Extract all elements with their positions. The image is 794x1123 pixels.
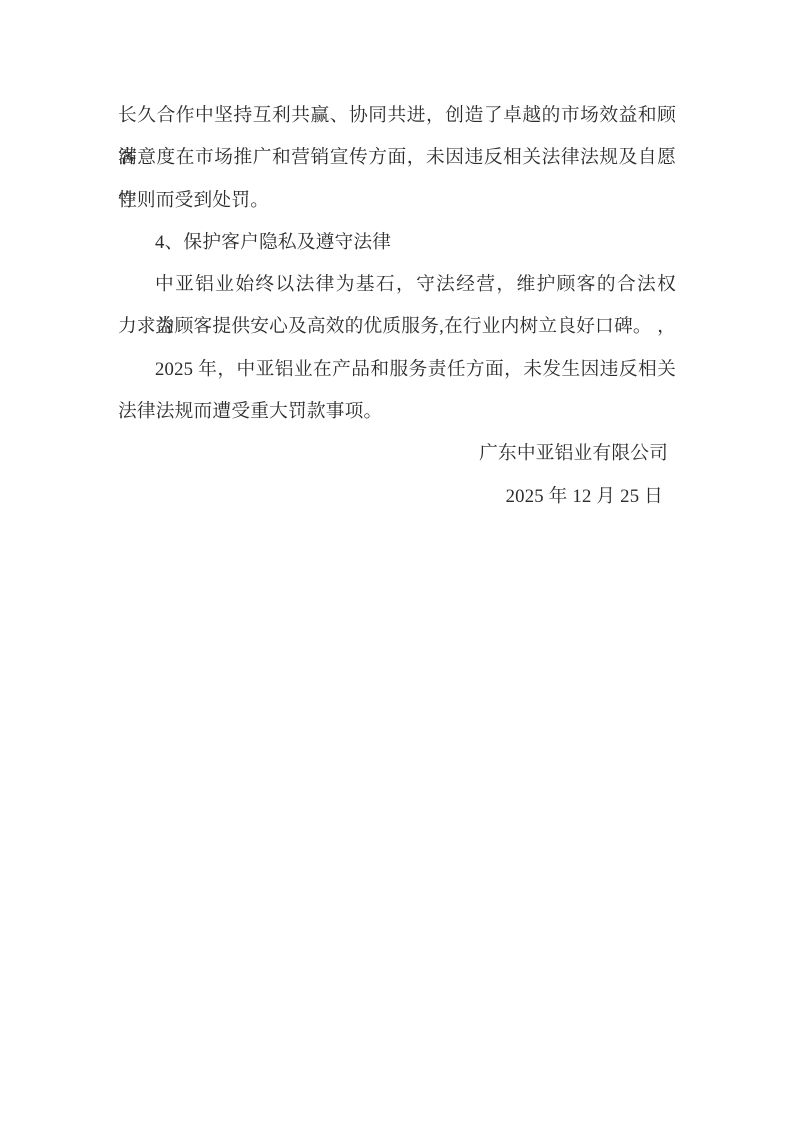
heading-line: 4、保护客户隐私及遵守法律: [118, 222, 676, 264]
paragraph-line: 2025 年，中亚铝业在产品和服务责任方面，未发生因违反相关: [118, 349, 676, 391]
signature-line: 广东中亚铝业有限公司: [118, 433, 676, 475]
paragraph-line: 法律法规而遭受重大罚款事项。: [118, 391, 676, 433]
paragraph-line: 中亚铝业始终以法律为基石，守法经营，维护顾客的合法权益，: [118, 264, 676, 306]
document-page: 长久合作中坚持互利共赢、协同共进，创造了卓越的市场效益和顾客满意度在市场推广和营…: [0, 0, 794, 1123]
paragraph-line: 守则而受到处罚。: [118, 180, 676, 222]
paragraph-line: 满意度在市场推广和营销宣传方面，未因违反相关法律法规及自愿性: [118, 137, 676, 179]
paragraph-line: 长久合作中坚持互利共赢、协同共进，创造了卓越的市场效益和顾客: [118, 95, 676, 137]
paragraph-line: 力求为顾客提供安心及高效的优质服务,在行业内树立良好口碑。: [118, 306, 676, 348]
signature-line: 2025 年 12 月 25 日: [118, 476, 676, 518]
document-content: 长久合作中坚持互利共赢、协同共进，创造了卓越的市场效益和顾客满意度在市场推广和营…: [118, 95, 676, 518]
